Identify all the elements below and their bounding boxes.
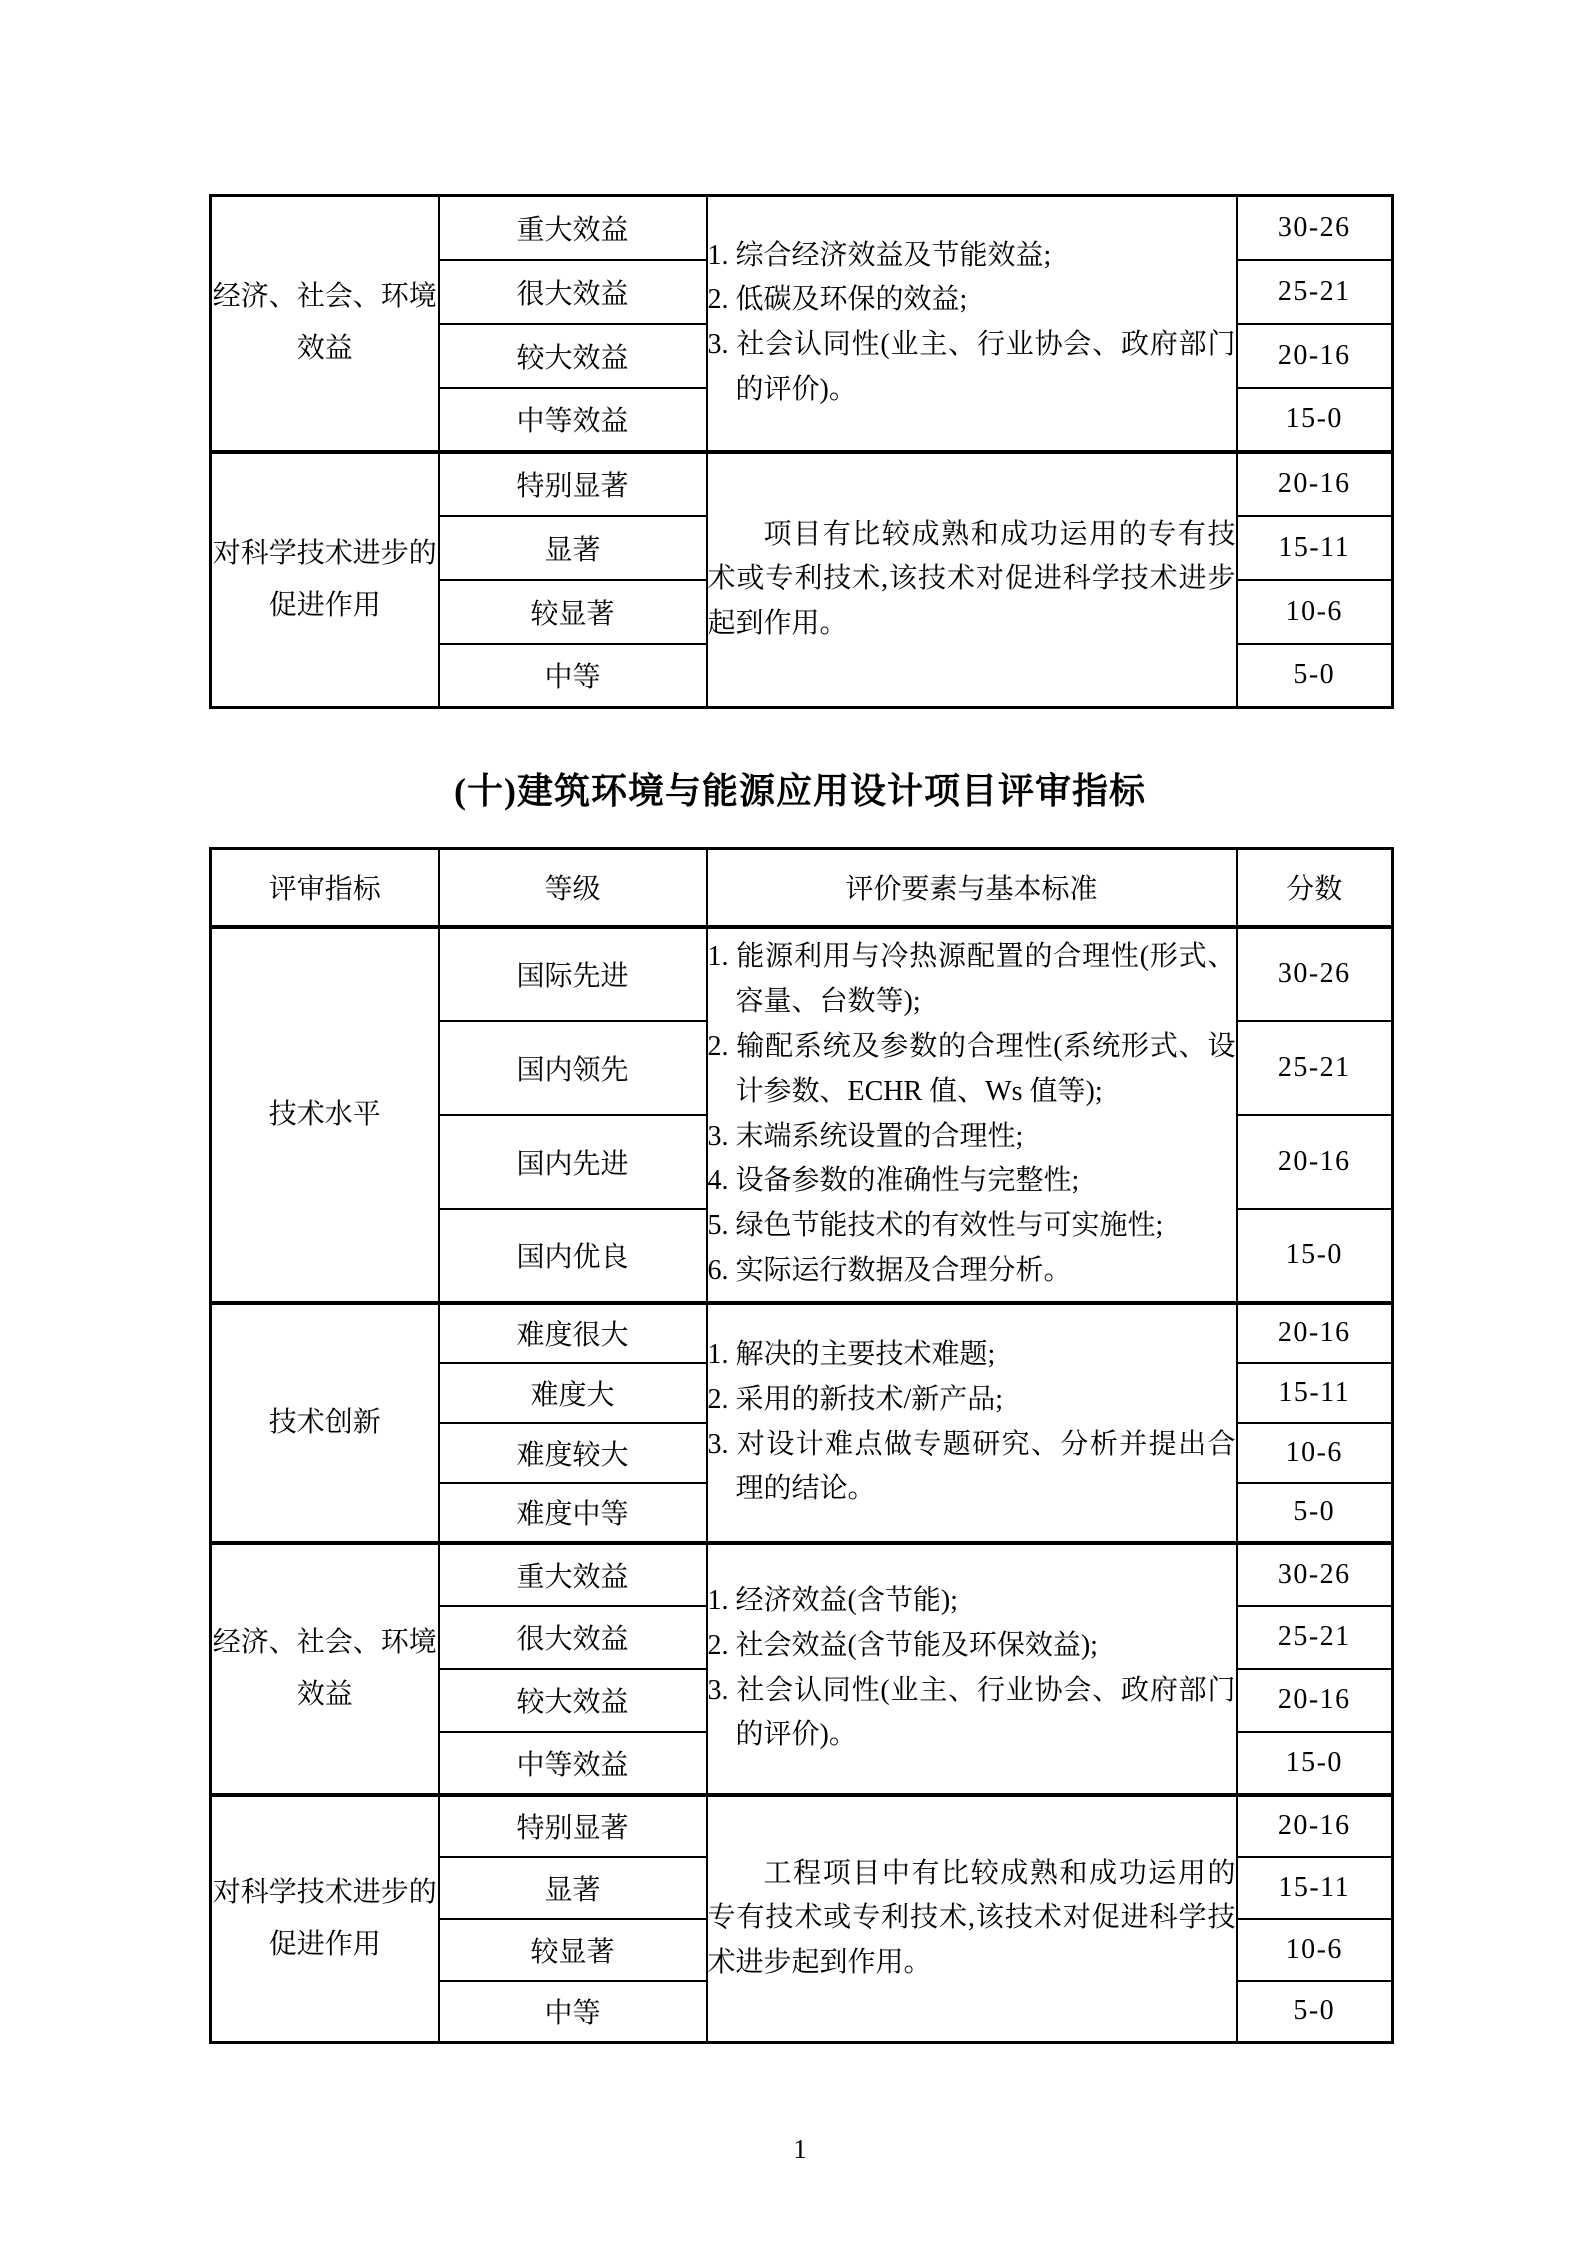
score-cell: 30-26 [1237, 927, 1393, 1021]
criteria-item: 4. 设备参数的准确性与完整性; [708, 1159, 1236, 1204]
score-cell: 10-6 [1237, 1919, 1393, 1981]
page: 经济、社会、环境效益 重大效益 1. 综合经济效益及节能效益; 2. 低碳及环保… [209, 194, 1391, 2165]
score-cell: 20-16 [1237, 1669, 1393, 1732]
score-cell: 5-0 [1237, 1981, 1393, 2043]
grade-cell: 特别显著 [439, 1795, 707, 1857]
evaluation-table: 评审指标 等级 评价要素与基本标准 分数 技术水平 国际先进 1. 能源利用与冷… [209, 847, 1394, 2044]
indicator-cell: 对科学技术进步的促进作用 [211, 452, 439, 708]
grade-cell: 较大效益 [439, 324, 707, 388]
grade-cell: 重大效益 [439, 196, 707, 260]
score-cell: 20-16 [1237, 324, 1393, 388]
criteria-item: 1. 能源利用与冷热源配置的合理性(形式、容量、台数等); [708, 935, 1236, 1025]
grade-cell: 国内先进 [439, 1115, 707, 1209]
criteria-cell: 1. 解决的主要技术难题; 2. 采用的新技术/新产品; 3. 对设计难点做专题… [707, 1303, 1237, 1543]
score-cell: 25-21 [1237, 1021, 1393, 1115]
grade-cell: 国际先进 [439, 927, 707, 1021]
page-number: 1 [209, 2134, 1391, 2165]
criteria-item: 6. 实际运行数据及合理分析。 [708, 1249, 1236, 1294]
score-cell: 30-26 [1237, 196, 1393, 260]
grade-cell: 很大效益 [439, 260, 707, 324]
grade-cell: 国内领先 [439, 1021, 707, 1115]
indicator-cell: 技术创新 [211, 1303, 439, 1543]
grade-cell: 难度较大 [439, 1423, 707, 1483]
criteria-item: 2. 低碳及环保的效益; [708, 278, 1236, 323]
header-row: 评审指标 等级 评价要素与基本标准 分数 [211, 849, 1393, 927]
criteria-item: 3. 社会认同性(业主、行业协会、政府部门的评价)。 [708, 323, 1236, 413]
grade-cell: 难度中等 [439, 1483, 707, 1543]
score-cell: 15-0 [1237, 1732, 1393, 1795]
grade-cell: 中等 [439, 1981, 707, 2043]
criteria-paragraph: 工程项目中有比较成熟和成功运用的专有技术或专利技术,该技术对促进科学技术进步起到… [708, 1852, 1236, 1986]
indicator-cell: 经济、社会、环境效益 [211, 196, 439, 452]
grade-cell: 很大效益 [439, 1606, 707, 1669]
table-row: 对科学技术进步的促进作用 特别显著 项目有比较成熟和成功运用的专有技术或专利技术… [211, 452, 1393, 516]
criteria-cell: 1. 经济效益(含节能); 2. 社会效益(含节能及环保效益); 3. 社会认同… [707, 1543, 1237, 1795]
grade-cell: 中等 [439, 644, 707, 708]
score-cell: 20-16 [1237, 1115, 1393, 1209]
header-cell: 等级 [439, 849, 707, 927]
criteria-cell: 1. 能源利用与冷热源配置的合理性(形式、容量、台数等); 2. 输配系统及参数… [707, 927, 1237, 1303]
grade-cell: 中等效益 [439, 388, 707, 452]
indicator-cell: 技术水平 [211, 927, 439, 1303]
header-cell: 评价要素与基本标准 [707, 849, 1237, 927]
score-cell: 10-6 [1237, 1423, 1393, 1483]
table-row: 对科学技术进步的促进作用 特别显著 工程项目中有比较成熟和成功运用的专有技术或专… [211, 1795, 1393, 1857]
table-row: 技术水平 国际先进 1. 能源利用与冷热源配置的合理性(形式、容量、台数等); … [211, 927, 1393, 1021]
score-cell: 15-0 [1237, 1209, 1393, 1303]
score-cell: 25-21 [1237, 260, 1393, 324]
score-cell: 5-0 [1237, 644, 1393, 708]
score-cell: 15-11 [1237, 1363, 1393, 1423]
grade-cell: 特别显著 [439, 452, 707, 516]
score-cell: 30-26 [1237, 1543, 1393, 1606]
grade-cell: 难度很大 [439, 1303, 707, 1363]
grade-cell: 中等效益 [439, 1732, 707, 1795]
score-cell: 20-16 [1237, 452, 1393, 516]
table-row: 技术创新 难度很大 1. 解决的主要技术难题; 2. 采用的新技术/新产品; 3… [211, 1303, 1393, 1363]
score-cell: 15-11 [1237, 516, 1393, 580]
continuation-table: 经济、社会、环境效益 重大效益 1. 综合经济效益及节能效益; 2. 低碳及环保… [209, 194, 1394, 709]
score-cell: 20-16 [1237, 1795, 1393, 1857]
grade-cell: 难度大 [439, 1363, 707, 1423]
indicator-cell: 经济、社会、环境效益 [211, 1543, 439, 1795]
criteria-cell: 工程项目中有比较成熟和成功运用的专有技术或专利技术,该技术对促进科学技术进步起到… [707, 1795, 1237, 2043]
criteria-item: 2. 输配系统及参数的合理性(系统形式、设计参数、ECHR 值、Ws 值等); [708, 1025, 1236, 1115]
grade-cell: 显著 [439, 516, 707, 580]
criteria-item: 5. 绿色节能技术的有效性与可实施性; [708, 1204, 1236, 1249]
criteria-item: 3. 末端系统设置的合理性; [708, 1115, 1236, 1160]
grade-cell: 重大效益 [439, 1543, 707, 1606]
header-cell: 评审指标 [211, 849, 439, 927]
criteria-item: 1. 综合经济效益及节能效益; [708, 234, 1236, 279]
criteria-item: 3. 对设计难点做专题研究、分析并提出合理的结论。 [708, 1423, 1236, 1513]
criteria-item: 2. 社会效益(含节能及环保效益); [708, 1624, 1236, 1669]
table-row: 经济、社会、环境效益 重大效益 1. 综合经济效益及节能效益; 2. 低碳及环保… [211, 196, 1393, 260]
criteria-item: 1. 解决的主要技术难题; [708, 1333, 1236, 1378]
indicator-cell: 对科学技术进步的促进作用 [211, 1795, 439, 2043]
grade-cell: 显著 [439, 1857, 707, 1919]
grade-cell: 较大效益 [439, 1669, 707, 1732]
table-row: 经济、社会、环境效益 重大效益 1. 经济效益(含节能); 2. 社会效益(含节… [211, 1543, 1393, 1606]
criteria-paragraph: 项目有比较成熟和成功运用的专有技术或专利技术,该技术对促进科学技术进步起到作用。 [708, 513, 1236, 647]
grade-cell: 较显著 [439, 580, 707, 644]
criteria-item: 3. 社会认同性(业主、行业协会、政府部门的评价)。 [708, 1669, 1236, 1759]
header-cell: 分数 [1237, 849, 1393, 927]
score-cell: 15-0 [1237, 388, 1393, 452]
score-cell: 25-21 [1237, 1606, 1393, 1669]
grade-cell: 国内优良 [439, 1209, 707, 1303]
criteria-item: 2. 采用的新技术/新产品; [708, 1378, 1236, 1423]
grade-cell: 较显著 [439, 1919, 707, 1981]
criteria-cell: 项目有比较成熟和成功运用的专有技术或专利技术,该技术对促进科学技术进步起到作用。 [707, 452, 1237, 708]
score-cell: 5-0 [1237, 1483, 1393, 1543]
criteria-cell: 1. 综合经济效益及节能效益; 2. 低碳及环保的效益; 3. 社会认同性(业主… [707, 196, 1237, 452]
criteria-item: 1. 经济效益(含节能); [708, 1579, 1236, 1624]
section-heading: (十)建筑环境与能源应用设计项目评审指标 [209, 763, 1391, 814]
score-cell: 15-11 [1237, 1857, 1393, 1919]
score-cell: 10-6 [1237, 580, 1393, 644]
score-cell: 20-16 [1237, 1303, 1393, 1363]
